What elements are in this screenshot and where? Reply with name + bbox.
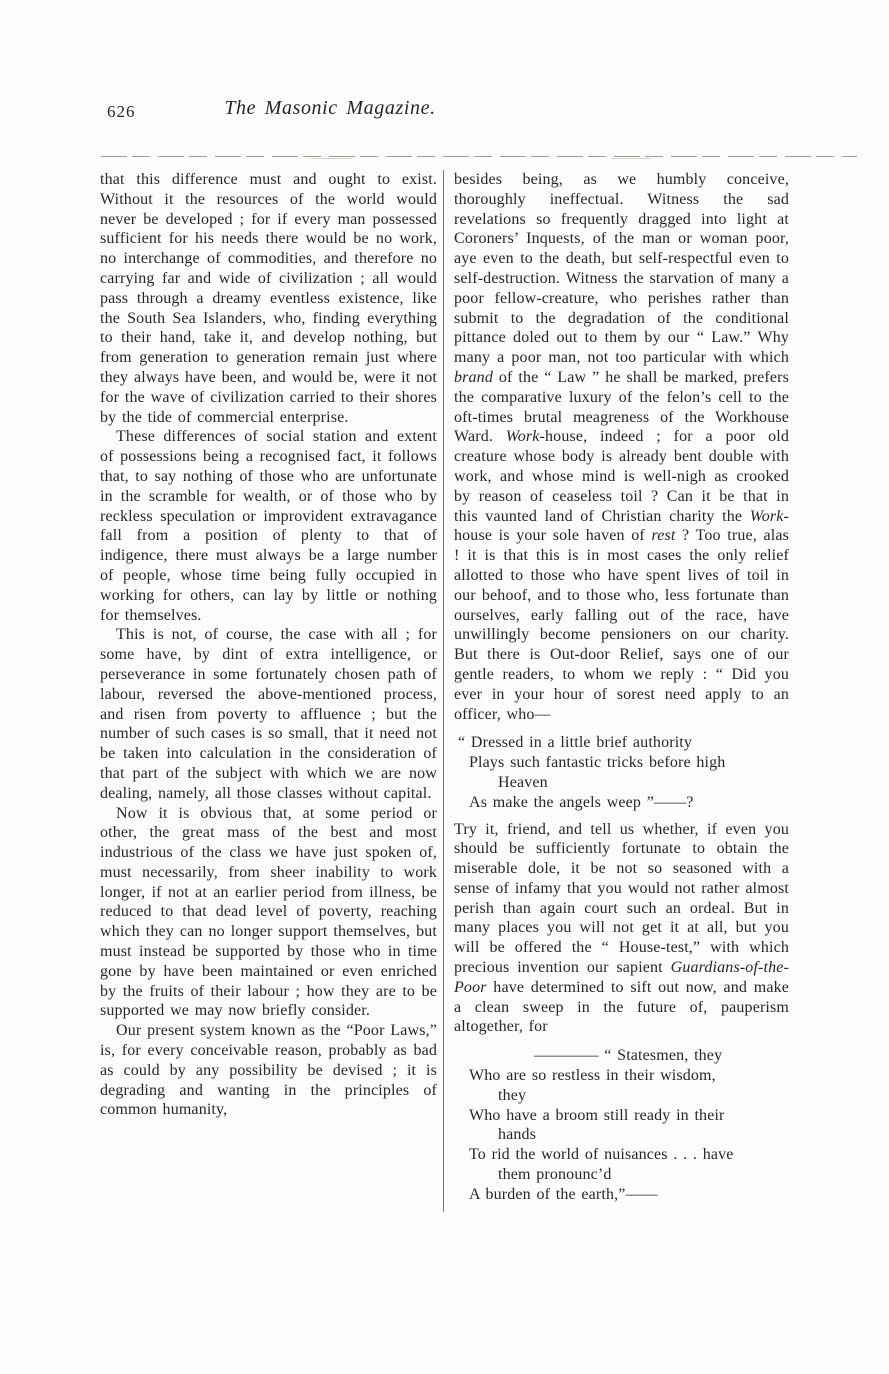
article-body: that this difference must and ought to e…: [100, 170, 790, 1212]
header-rule: [101, 156, 857, 158]
verse-line: To rid the world of nuisances . . . have: [454, 1145, 789, 1165]
paragraph: besides being, as we humbly conceive, th…: [454, 170, 789, 724]
paragraph: This is not, of course, the case with al…: [100, 625, 437, 803]
text-run: hands: [498, 1126, 536, 1143]
text-run: Now it is obvious that, at some period o…: [100, 805, 437, 1020]
text-run: Who have a broom still ready in their: [469, 1107, 725, 1124]
text-run: To rid the world of nuisances . . . have: [469, 1146, 734, 1163]
text-run: These differences of social station and …: [100, 428, 437, 623]
verse-line: A burden of the earth,”——: [454, 1185, 789, 1205]
italic-text: rest: [651, 527, 675, 544]
text-run: Try it, friend, and tell us whether, if …: [454, 821, 789, 977]
italic-text: Work: [506, 428, 540, 445]
text-run: A burden of the earth,”——: [469, 1186, 658, 1203]
text-run: Our present system known as the “Poor La…: [100, 1022, 437, 1118]
verse-quote: ———— “ Statesmen, theyWho are so restles…: [454, 1046, 789, 1204]
text-run: As make the angels weep ”——?: [469, 794, 694, 811]
text-run: ? Too true, alas ! it is that this is in…: [454, 527, 789, 722]
italic-text: Work: [750, 508, 784, 525]
magazine-page: 626 The Masonic Magazine. that this diff…: [0, 0, 889, 1374]
verse-line: they: [454, 1086, 789, 1106]
text-run: have determined to sift out now, and mak…: [454, 979, 789, 1036]
left-column: that this difference must and ought to e…: [100, 170, 437, 1120]
verse-line: “ Dressed in a little brief authority: [454, 733, 789, 753]
verse-line: Who have a broom still ready in their: [454, 1106, 789, 1126]
text-run: Who are so restless in their wisdom,: [469, 1067, 716, 1084]
text-run: they: [498, 1087, 526, 1104]
verse-line: ———— “ Statesmen, they: [454, 1046, 789, 1066]
verse-quote: “ Dressed in a little brief authorityPla…: [454, 733, 789, 812]
text-run: Heaven: [498, 774, 548, 791]
right-column: besides being, as we humbly conceive, th…: [454, 170, 789, 1212]
verse-line: Heaven: [454, 773, 789, 793]
text-run: This is not, of course, the case with al…: [100, 626, 437, 801]
verse-line: Plays such fantastic tricks before high: [454, 753, 789, 773]
text-run: them pronounc’d: [498, 1166, 612, 1183]
verse-line: them pronounc’d: [454, 1165, 789, 1185]
verse-line: hands: [454, 1125, 789, 1145]
text-run: Plays such fantastic tricks before high: [469, 754, 725, 771]
verse-line: As make the angels weep ”——?: [454, 793, 789, 813]
text-run: “ Dressed in a little brief authority: [458, 734, 692, 751]
text-run: ———— “ Statesmen, they: [534, 1047, 722, 1064]
paragraph: Now it is obvious that, at some period o…: [100, 804, 437, 1022]
paragraph: These differences of social station and …: [100, 427, 437, 625]
paragraph: Our present system known as the “Poor La…: [100, 1021, 437, 1120]
text-run: besides being, as we humbly conceive, th…: [454, 171, 789, 366]
paragraph: that this difference must and ought to e…: [100, 170, 437, 427]
column-divider: [443, 170, 444, 1212]
paragraph: Try it, friend, and tell us whether, if …: [454, 820, 789, 1038]
magazine-title: The Masonic Magazine.: [0, 97, 660, 120]
verse-line: Who are so restless in their wisdom,: [454, 1066, 789, 1086]
text-run: that this difference must and ought to e…: [100, 171, 437, 426]
italic-text: brand: [454, 369, 493, 386]
